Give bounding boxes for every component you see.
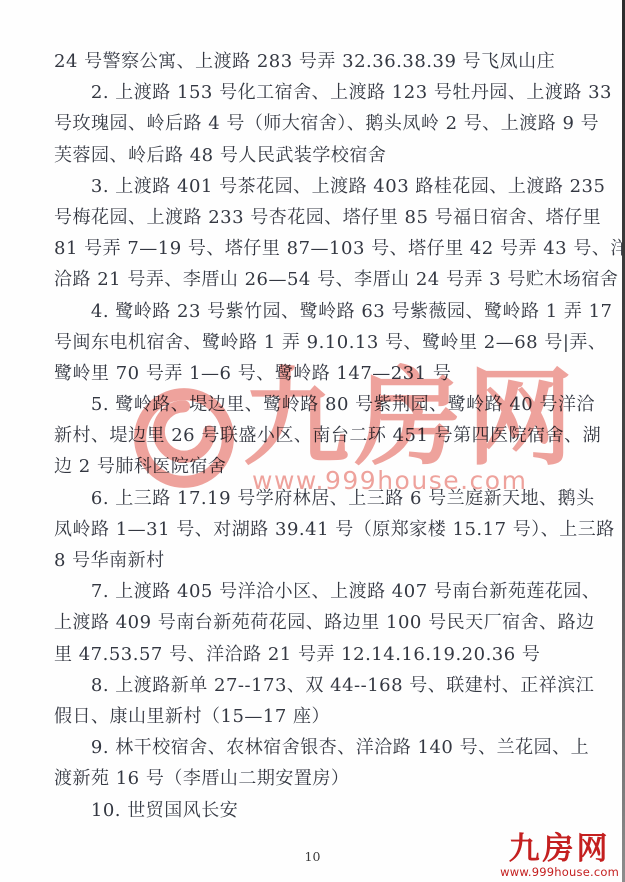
text-line: 上渡路 409 号南台新苑荷花园、路边里 100 号民天厂宿舍、路边 bbox=[54, 607, 571, 638]
site-logo-badge: 九房网 www.999house.com bbox=[500, 833, 619, 878]
text-line: 假日、康山里新村（15—17 座） bbox=[54, 701, 571, 732]
text-line: 号闽东电机宿舍、鹭岭路 1 弄 9.10.13 号、鹭岭里 2—68 号|弄、 bbox=[54, 327, 571, 358]
text-line: 10. 世贸国风长安 bbox=[54, 795, 571, 826]
site-logo-url-text: www.999house.com bbox=[500, 866, 619, 878]
text-line: 鹭岭里 70 号弄 1—6 号、鹭岭路 147—231 号 bbox=[54, 358, 571, 389]
text-line: 7. 上渡路 405 号洋洽小区、上渡路 407 号南台新苑莲花园、 bbox=[54, 576, 571, 607]
text-line: 8 号华南新村 bbox=[54, 545, 571, 576]
text-line: 里 47.53.57 号、洋洽路 21 号弄 12.14.16.19.20.36… bbox=[54, 639, 571, 670]
text-line: 9. 林干校宿舍、农林宿舍银杏、洋洽路 140 号、兰花园、上 bbox=[54, 732, 571, 763]
text-line: 洽路 21 号弄、李厝山 26—54 号、李厝山 24 号弄 3 号贮木场宿舍 bbox=[54, 264, 571, 295]
text-line: 6. 上三路 17.19 号学府林居、上三路 6 号兰庭新天地、鹅头 bbox=[54, 483, 571, 514]
page-number: 10 bbox=[305, 849, 321, 864]
text-line: 凤岭路 1—31 号、对湖路 39.41 号（原郑家楼 15.17 号）、上三路 bbox=[54, 514, 571, 545]
document-body: 24 号警察公寓、上渡路 283 号弄 32.36.38.39 号飞凤山庄 2.… bbox=[54, 46, 571, 826]
text-line: 24 号警察公寓、上渡路 283 号弄 32.36.38.39 号飞凤山庄 bbox=[54, 46, 571, 77]
text-line: 芙蓉园、岭后路 48 号人民武装学校宿舍 bbox=[54, 140, 571, 171]
text-line: 3. 上渡路 401 号茶花园、上渡路 403 路桂花园、上渡路 235 bbox=[54, 171, 571, 202]
document-page: 24 号警察公寓、上渡路 283 号弄 32.36.38.39 号飞凤山庄 2.… bbox=[0, 0, 625, 882]
text-line: 号玫瑰园、岭后路 4 号（师大宿舍）、鹅头凤岭 2 号、上渡路 9 号 bbox=[54, 108, 571, 139]
text-line: 新村、堤边里 26 号联盛小区、南台二环 451 号第四医院宿舍、湖 bbox=[54, 420, 571, 451]
site-logo-brand-text: 九房网 bbox=[500, 833, 619, 866]
text-line: 4. 鹭岭路 23 号紫竹园、鹭岭路 63 号紫薇园、鹭岭路 1 弄 17 bbox=[54, 296, 571, 327]
text-line: 号梅花园、上渡路 233 号杏花园、塔仔里 85 号福日宿舍、塔仔里 bbox=[54, 202, 571, 233]
text-line: 81 号弄 7—19 号、塔仔里 87—103 号、塔仔里 42 号弄 43 号… bbox=[54, 233, 571, 264]
text-line: 渡新苑 16 号（李厝山二期安置房） bbox=[54, 763, 571, 794]
text-line: 边 2 号肺科医院宿舍 bbox=[54, 451, 571, 482]
text-line: 8. 上渡路新单 27--173、双 44--168 号、联建村、正祥滨江 bbox=[54, 670, 571, 701]
text-line: 5. 鹭岭路、堤边里、鹭岭路 80 号紫荆园、鹭岭路 40 号洋洽 bbox=[54, 389, 571, 420]
text-line: 2. 上渡路 153 号化工宿舍、上渡路 123 号牡丹园、上渡路 33 bbox=[54, 77, 571, 108]
